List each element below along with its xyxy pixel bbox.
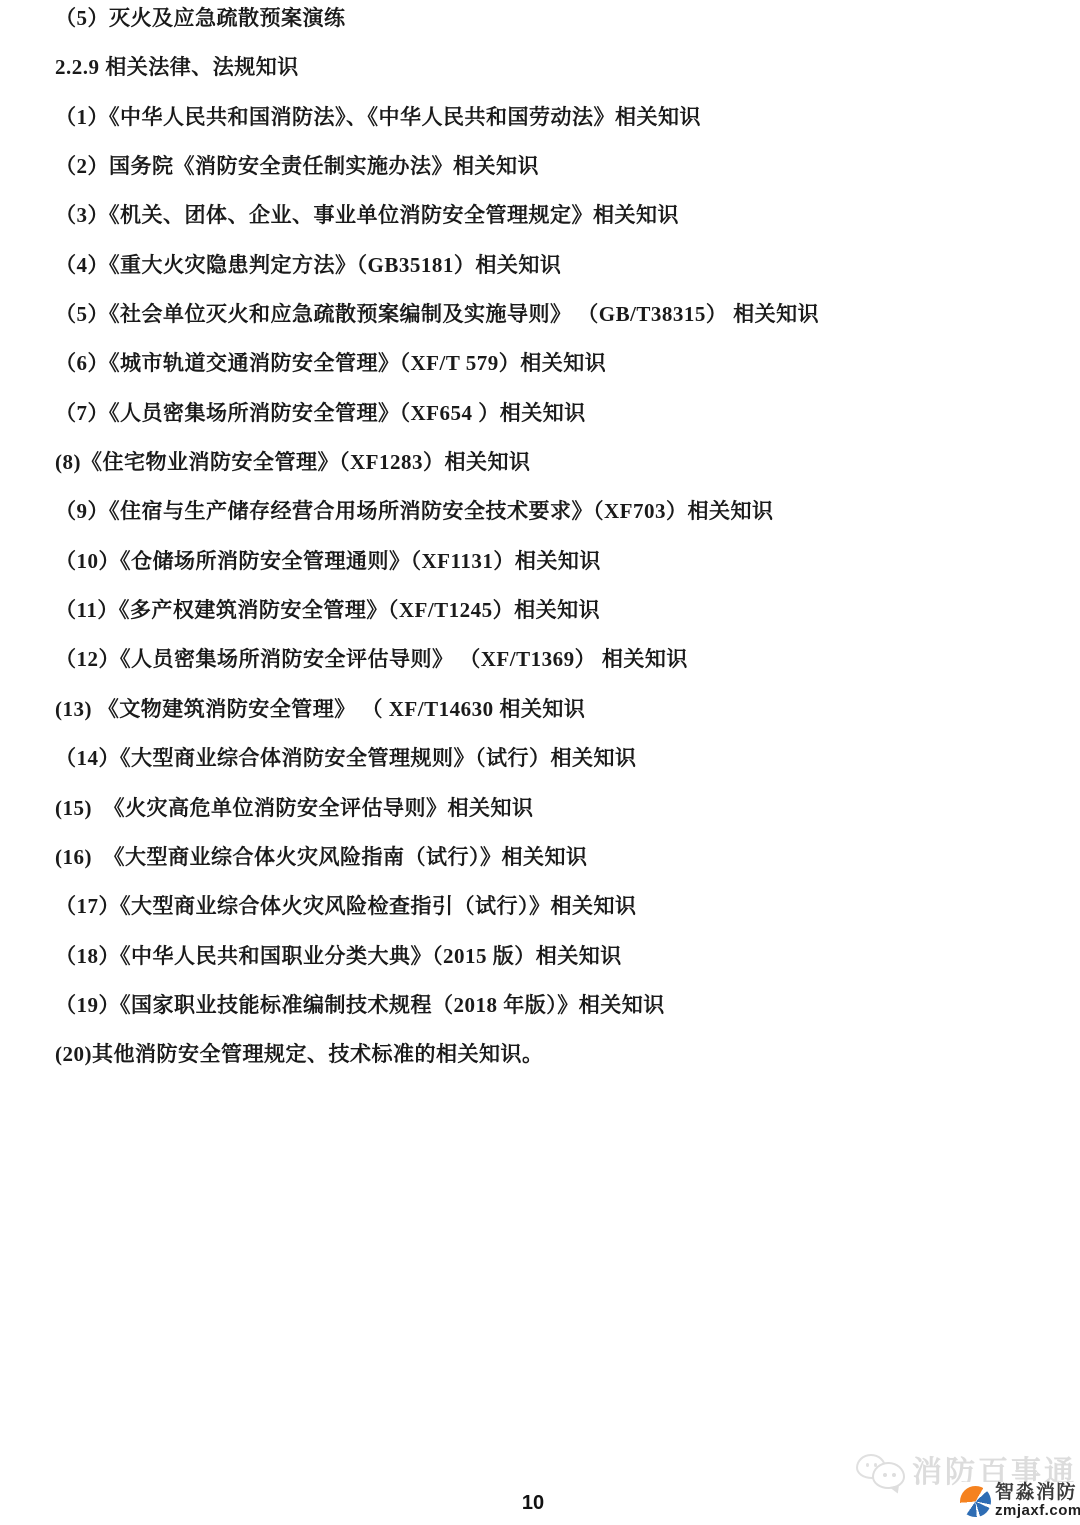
document-line: （7）《人员密集场所消防安全管理》（XF654 ）相关知识 xyxy=(55,389,1055,438)
document-line: (20)其他消防安全管理规定、技术标准的相关知识。 xyxy=(55,1030,1055,1079)
zhimiao-logo-site: zmjaxf.com xyxy=(995,1503,1080,1519)
document-line: （14）《大型商业综合体消防安全管理规则》（试行）相关知识 xyxy=(55,734,1055,783)
document-line: （2）国务院《消防安全责任制实施办法》相关知识 xyxy=(55,142,1055,191)
document-line: 2.2.9 相关法律、法规知识 xyxy=(55,43,1055,92)
document-line: (8)《住宅物业消防安全管理》（XF1283）相关知识 xyxy=(55,438,1055,487)
document-line: （6）《城市轨道交通消防安全管理》（XF/T 579）相关知识 xyxy=(55,339,1055,388)
document-line: （10）《仓储场所消防安全管理通则》（XF1131）相关知识 xyxy=(55,537,1055,586)
document-line: （3）《机关、团体、企业、事业单位消防安全管理规定》相关知识 xyxy=(55,191,1055,240)
document-line: （4）《重大火灾隐患判定方法》（GB35181）相关知识 xyxy=(55,241,1055,290)
document-line: (13) 《文物建筑消防安全管理》 （ XF/T14630 相关知识 xyxy=(55,685,1055,734)
document-line: （19）《国家职业技能标准编制技术规程（2018 年版）》相关知识 xyxy=(55,981,1055,1030)
document-line: （11）《多产权建筑消防安全管理》（XF/T1245）相关知识 xyxy=(55,586,1055,635)
document-line: （5）《社会单位灭火和应急疏散预案编制及实施导则》 （GB/T38315） 相关… xyxy=(55,290,1055,339)
document-line: （17）《大型商业综合体火灾风险检查指引（试行）》相关知识 xyxy=(55,882,1055,931)
document-line: (16) 《大型商业综合体火灾风险指南（试行）》相关知识 xyxy=(55,833,1055,882)
document-body: （5）灭火及应急疏散预案演练2.2.9 相关法律、法规知识（1）《中华人民共和国… xyxy=(55,0,1055,1080)
zhimiao-logo: 智淼消防 zmjaxf.com xyxy=(958,1482,1080,1520)
zhimiao-logo-icon xyxy=(960,1486,991,1517)
document-line: （9）《住宿与生产储存经营合用场所消防安全技术要求》（XF703）相关知识 xyxy=(55,487,1055,536)
document-line: （5）灭火及应急疏散预案演练 xyxy=(55,0,1055,43)
document-line: （18）《中华人民共和国职业分类大典》（2015 版）相关知识 xyxy=(55,932,1055,981)
document-line: （12）《人员密集场所消防安全评估导则》 （XF/T1369） 相关知识 xyxy=(55,635,1055,684)
document-line: （1）《中华人民共和国消防法》、《中华人民共和国劳动法》相关知识 xyxy=(55,93,1055,142)
chat-bubbles-icon xyxy=(854,1450,912,1496)
document-line: (15) 《火灾高危单位消防安全评估导则》相关知识 xyxy=(55,784,1055,833)
zhimiao-logo-name: 智淼消防 xyxy=(995,1483,1080,1503)
